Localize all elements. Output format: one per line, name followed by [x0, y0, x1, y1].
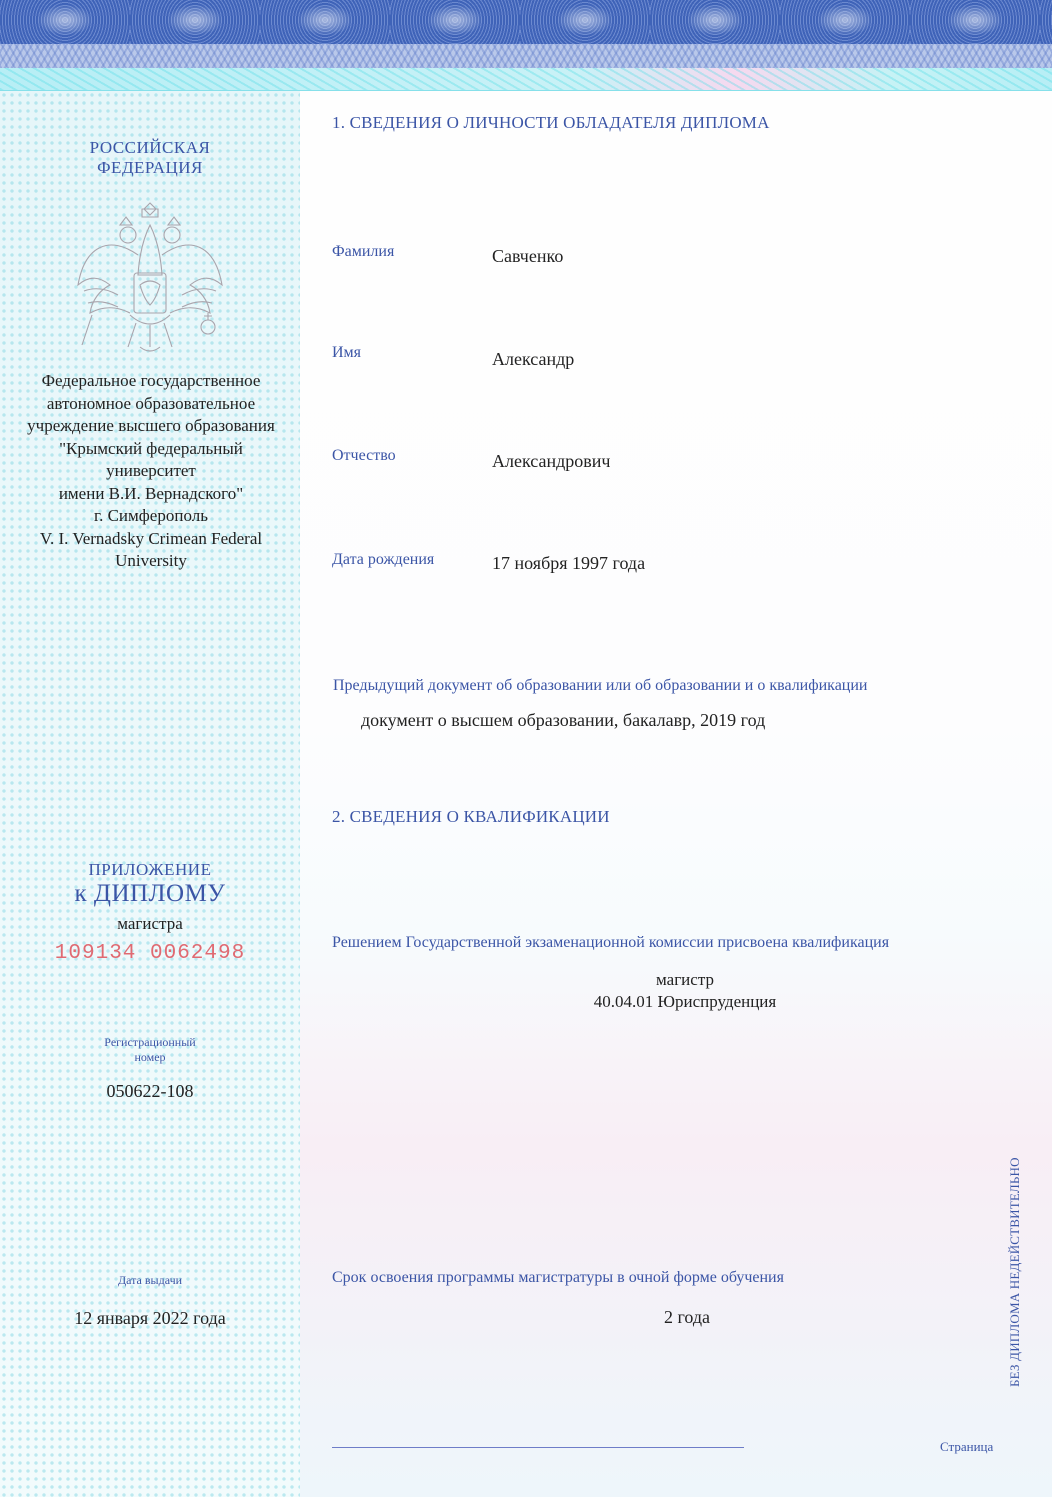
page-label: Страница	[940, 1439, 993, 1455]
qualification-value: магистр 40.04.01 Юриспруденция	[485, 969, 885, 1013]
section-1-title: 1. СВЕДЕНИЯ О ЛИЧНОСТИ ОБЛАДАТЕЛЯ ДИПЛОМ…	[332, 113, 770, 133]
qualification-label: Решением Государственной экзаменационной…	[332, 934, 889, 952]
institution-line: University	[0, 550, 302, 573]
coat-of-arms-icon	[70, 195, 230, 365]
institution-line: учреждение высшего образования	[0, 415, 302, 438]
reg-label-line: номер	[50, 1050, 250, 1065]
previous-document-label: Предыдущий документ об образовании или о…	[333, 677, 868, 695]
registration-number-value: 050622-108	[50, 1081, 250, 1102]
surname-value: Савченко	[492, 246, 563, 267]
institution-line: V. I. Vernadsky Crimean Federal	[0, 528, 302, 551]
institution-name: Федеральное государственное автономное о…	[0, 370, 302, 573]
surname-label: Фамилия	[332, 243, 394, 261]
section-2-title: 2. СВЕДЕНИЯ О КВАЛИФИКАЦИИ	[332, 807, 610, 827]
institution-line: университет	[0, 460, 302, 483]
institution-line: г. Симферополь	[0, 505, 302, 528]
appendix-title-line1: ПРИЛОЖЕНИЕ	[40, 860, 260, 880]
reg-label-line: Регистрационный	[50, 1035, 250, 1050]
banner-ornament-middle	[0, 44, 1052, 68]
study-term-label: Срок освоения программы магистратуры в о…	[332, 1269, 784, 1287]
previous-document-value: документ о высшем образовании, бакалавр,…	[361, 710, 765, 731]
institution-line: автономное образовательное	[0, 393, 302, 416]
study-term-value: 2 года	[587, 1307, 787, 1328]
first-name-value: Александр	[492, 349, 574, 370]
qualification-degree: магистр	[485, 969, 885, 991]
country-line: ФЕДЕРАЦИЯ	[50, 158, 250, 178]
guilloche-banner	[0, 0, 1052, 90]
country-name: РОССИЙСКАЯ ФЕДЕРАЦИЯ	[50, 138, 250, 178]
footer-rule	[332, 1447, 744, 1448]
institution-line: имени В.И. Вернадского"	[0, 483, 302, 506]
birth-date-value: 17 ноября 1997 года	[492, 553, 645, 574]
degree-level: магистра	[40, 914, 260, 934]
page-edge	[1052, 0, 1060, 1497]
banner-ornament-bottom	[0, 68, 1052, 91]
institution-line: "Крымский федеральный	[0, 438, 302, 461]
first-name-label: Имя	[332, 344, 361, 362]
issue-date-label: Дата выдачи	[50, 1273, 250, 1288]
banner-ornament-top	[0, 0, 1052, 44]
appendix-title-line2: к ДИПЛОМУ	[40, 880, 260, 908]
birth-date-label: Дата рождения	[332, 551, 434, 569]
patronymic-label: Отчество	[332, 447, 396, 465]
registration-number-label: Регистрационный номер	[50, 1035, 250, 1065]
issue-date-value: 12 января 2022 года	[50, 1308, 250, 1329]
institution-line: Федеральное государственное	[0, 370, 302, 393]
serial-number: 109134 0062498	[40, 942, 260, 965]
country-line: РОССИЙСКАЯ	[50, 138, 250, 158]
patronymic-value: Александрович	[492, 451, 610, 472]
validity-notice: БЕЗ ДИПЛОМА НЕДЕЙСТВИТЕЛЬНО	[1007, 1157, 1023, 1387]
qualification-specialty: 40.04.01 Юриспруденция	[485, 991, 885, 1013]
